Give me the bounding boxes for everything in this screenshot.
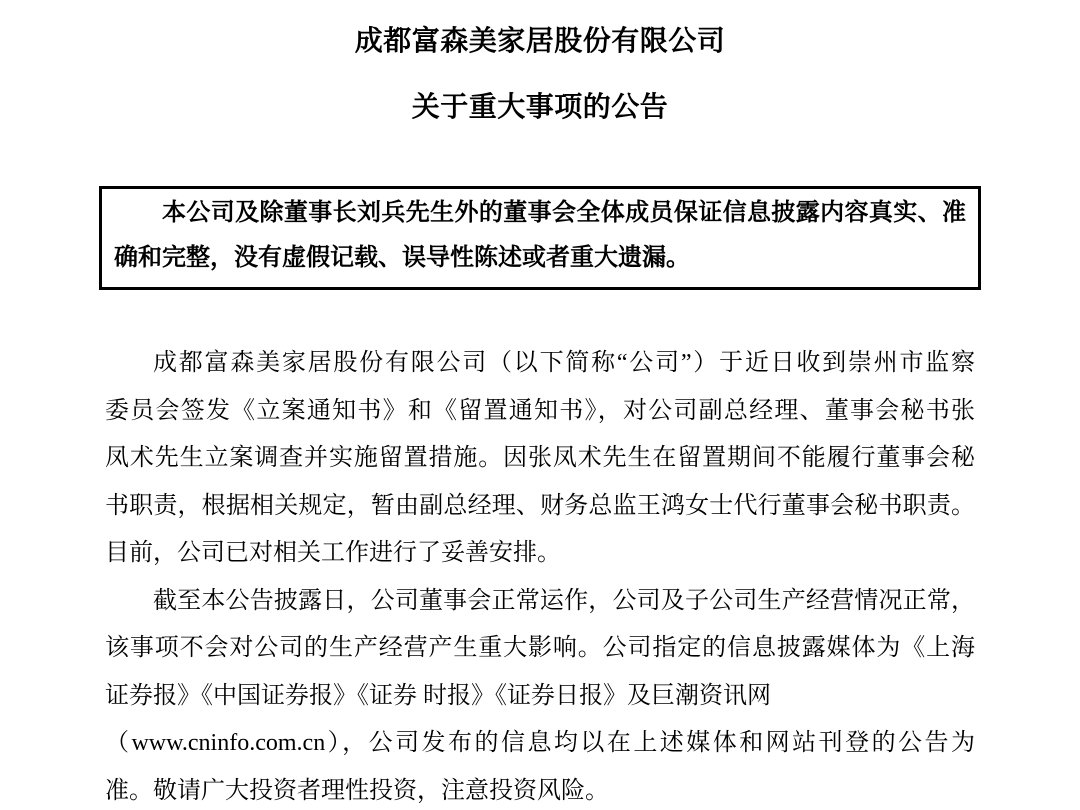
text-line: 证券报》《中国证券报》《证券 时报》《证券日报》及巨潮资讯网	[105, 673, 975, 721]
announcement-page: 成都富森美家居股份有限公司 关于重大事项的公告 本公司及除董事长刘兵先生外的董事…	[0, 0, 1080, 810]
text-line: 准。敬请广大投资者理性投资，注意投资风险。	[105, 768, 975, 810]
body-text: 成都富森美家居股份有限公司（以下简称“公司”）于近日收到崇州市监察 委员会签发《…	[105, 340, 975, 810]
text-line: 目前，公司已对相关工作进行了妥善安排。	[105, 530, 975, 578]
text-line: 书职责，根据相关规定，暂由副总经理、财务总监王鸿女士代行董事会秘书职责。	[105, 483, 975, 531]
company-name-title: 成都富森美家居股份有限公司	[105, 24, 975, 60]
announcement-subtitle: 关于重大事项的公告	[105, 90, 975, 126]
disclaimer-box: 本公司及除董事长刘兵先生外的董事会全体成员保证信息披露内容真实、准 确和完整，没…	[99, 186, 981, 290]
announcement-content: 成都富森美家居股份有限公司 关于重大事项的公告 本公司及除董事长刘兵先生外的董事…	[0, 24, 1080, 810]
text-line: （www.cninfo.com.cn），公司发布的信息均以在上述媒体和网站刊登的…	[105, 720, 975, 768]
paragraph: 成都富森美家居股份有限公司（以下简称“公司”）于近日收到崇州市监察 委员会签发《…	[105, 340, 975, 578]
disclaimer-line: 本公司及除董事长刘兵先生外的董事会全体成员保证信息披露内容真实、准	[114, 191, 966, 236]
text-line: 截至本公告披露日，公司董事会正常运作，公司及子公司生产经营情况正常，	[105, 578, 975, 626]
paragraph: 截至本公告披露日，公司董事会正常运作，公司及子公司生产经营情况正常， 该事项不会…	[105, 578, 975, 810]
text-line: 凤术先生立案调查并实施留置措施。因张凤术先生在留置期间不能履行董事会秘	[105, 435, 975, 483]
disclaimer-line: 确和完整，没有虚假记载、误导性陈述或者重大遗漏。	[114, 236, 966, 281]
text-line: 成都富森美家居股份有限公司（以下简称“公司”）于近日收到崇州市监察	[105, 340, 975, 388]
text-line: 委员会签发《立案通知书》和《留置通知书》，对公司副总经理、董事会秘书张	[105, 388, 975, 436]
text-line: 该事项不会对公司的生产经营产生重大影响。公司指定的信息披露媒体为《上海	[105, 625, 975, 673]
